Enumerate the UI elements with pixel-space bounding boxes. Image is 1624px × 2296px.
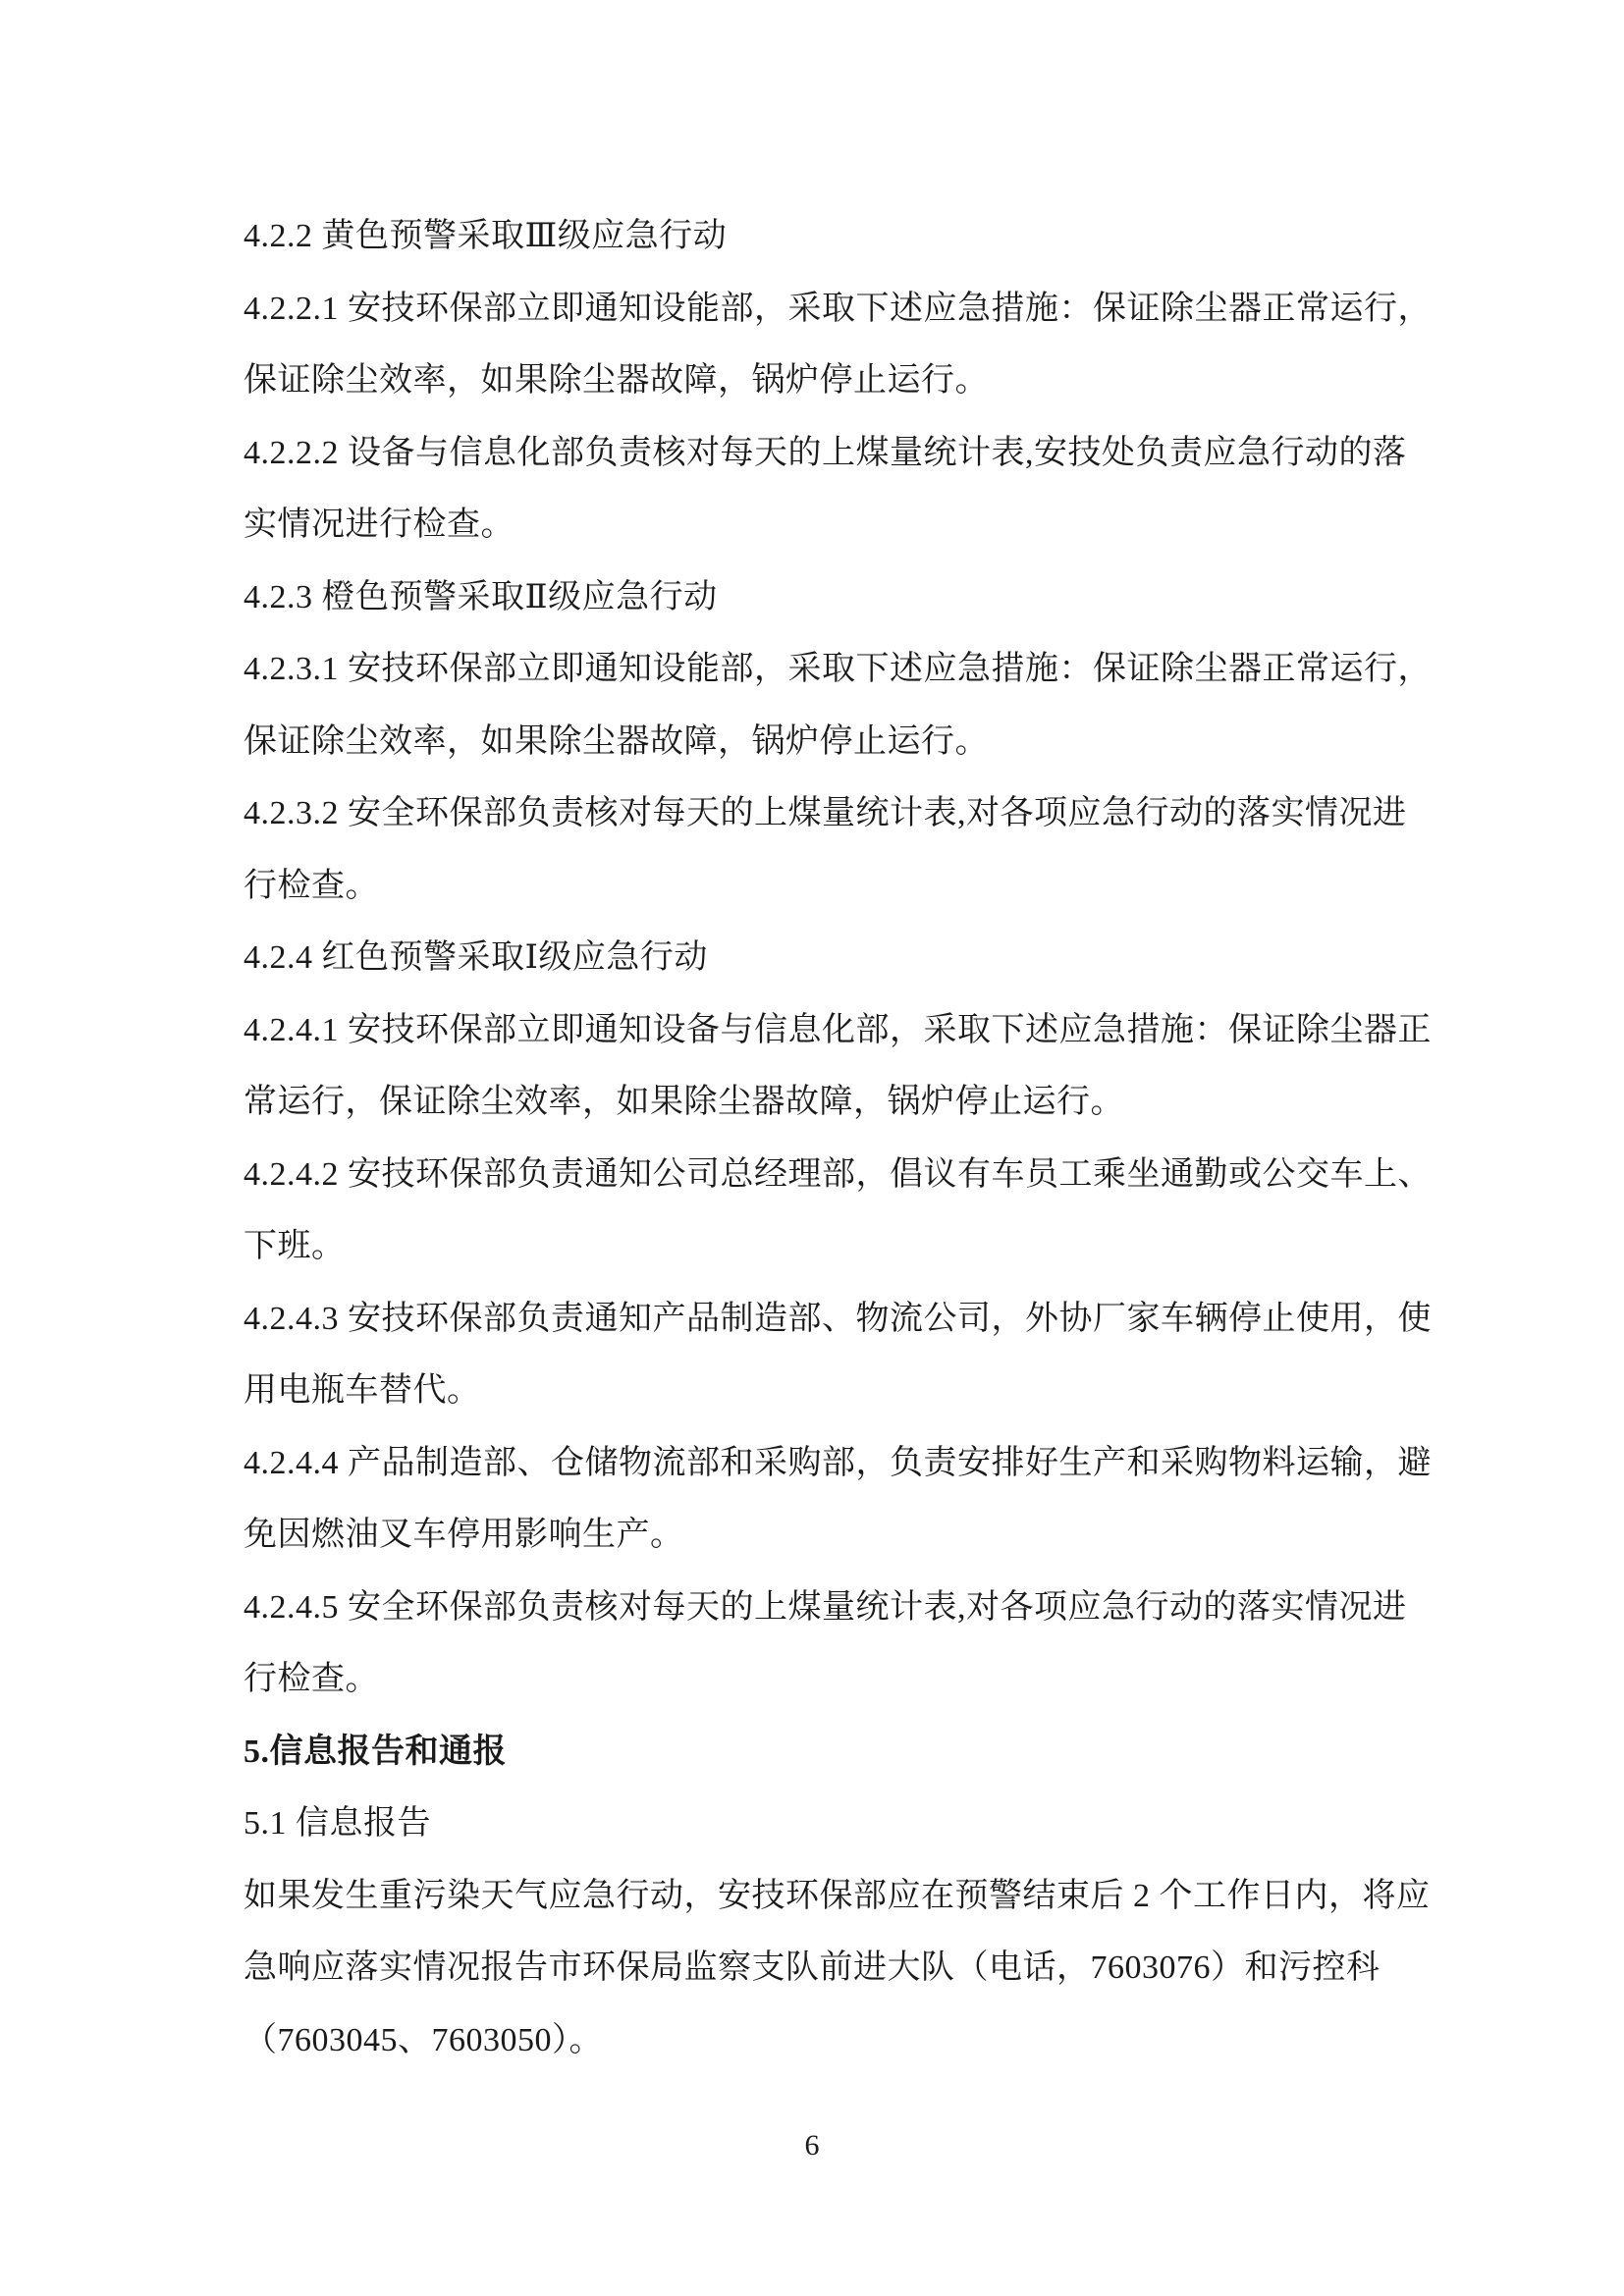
paragraph-line: 4.2.4.1 安技环保部立即通知设备与信息化部，采取下述应急措施：保证除尘器正 (244, 994, 1481, 1067)
paragraph-line: 用电瓶车替代。 (244, 1355, 1481, 1427)
paragraph-line: 4.2.3.2 安全环保部负责核对每天的上煤量统计表,对各项应急行动的落实情况进 (244, 777, 1481, 850)
paragraph-line: 行检查。 (244, 1643, 1481, 1716)
section-heading-5: 5.信息报告和通报 (244, 1716, 1481, 1789)
paragraph-line: 保证除尘效率，如果除尘器故障，锅炉停止运行。 (244, 345, 1481, 417)
paragraph-line: （7603045、7603050）。 (244, 2004, 1481, 2077)
section-heading-5-1: 5.1 信息报告 (244, 1788, 1481, 1860)
page-number: 6 (0, 2128, 1624, 2163)
paragraph-line: 4.2.4.4 产品制造部、仓储物流部和采购部，负责安排好生产和采购物料运输，避 (244, 1427, 1481, 1500)
paragraph-line: 4.2.4.2 安技环保部负责通知公司总经理部，倡议有车员工乘坐通勤或公交车上、 (244, 1139, 1481, 1211)
paragraph-line: 免因燃油叉车停用影响生产。 (244, 1499, 1481, 1572)
paragraph-line: 4.2.2.2 设备与信息化部负责核对每天的上煤量统计表,安技处负责应急行动的落 (244, 417, 1481, 490)
paragraph-line: 常运行，保证除尘效率，如果除尘器故障，锅炉停止运行。 (244, 1066, 1481, 1139)
paragraph-line: 如果发生重污染天气应急行动，安技环保部应在预警结束后 2 个工作日内，将应 (244, 1860, 1481, 1933)
section-heading-4-2-3: 4.2.3 橙色预警采取Ⅱ级应急行动 (244, 561, 1481, 634)
document-page: 4.2.2 黄色预警采取Ⅲ级应急行动 4.2.2.1 安技环保部立即通知设能部，… (0, 0, 1624, 2296)
section-heading-4-2-2: 4.2.2 黄色预警采取Ⅲ级应急行动 (244, 200, 1481, 273)
paragraph-line: 4.2.4.3 安技环保部负责通知产品制造部、物流公司，外协厂家车辆停止使用，使 (244, 1283, 1481, 1356)
paragraph-line: 4.2.2.1 安技环保部立即通知设能部，采取下述应急措施：保证除尘器正常运行， (244, 273, 1481, 346)
paragraph-line: 保证除尘效率，如果除尘器故障，锅炉停止运行。 (244, 706, 1481, 778)
paragraph-line: 下班。 (244, 1210, 1481, 1283)
section-heading-4-2-4: 4.2.4 红色预警采取Ⅰ级应急行动 (244, 922, 1481, 994)
document-body: 4.2.2 黄色预警采取Ⅲ级应急行动 4.2.2.1 安技环保部立即通知设能部，… (244, 200, 1481, 2076)
paragraph-line: 4.2.3.1 安技环保部立即通知设能部，采取下述应急措施：保证除尘器正常运行， (244, 633, 1481, 706)
paragraph-line: 实情况进行检查。 (244, 489, 1481, 561)
paragraph-line: 行检查。 (244, 850, 1481, 923)
paragraph-line: 急响应落实情况报告市环保局监察支队前进大队（电话，7603076）和污控科 (244, 1932, 1481, 2004)
paragraph-line: 4.2.4.5 安全环保部负责核对每天的上煤量统计表,对各项应急行动的落实情况进 (244, 1572, 1481, 1644)
